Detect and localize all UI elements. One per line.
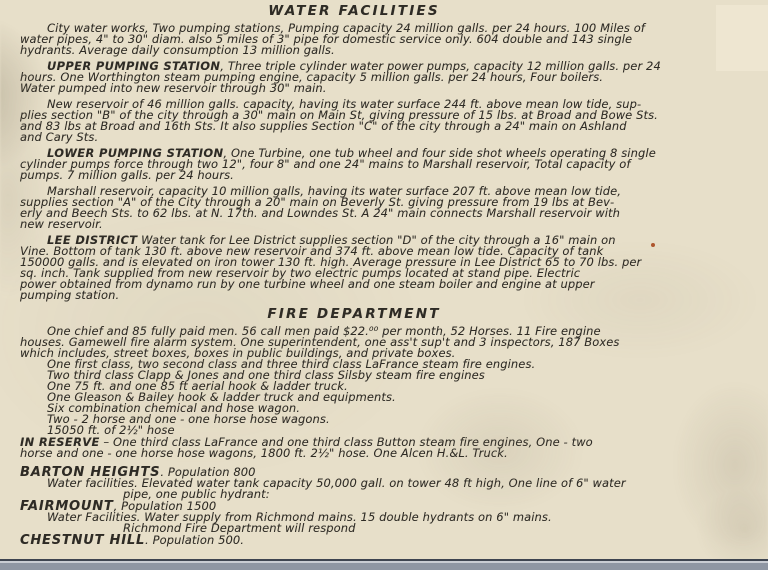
line-text: erly and Beech Sts. to 62 lbs. at N. 17t…	[20, 206, 620, 220]
line-text: and Cary Sts.	[20, 130, 98, 144]
scanned-document-page: WATER FACILITIESCity water works, Two pu…	[0, 0, 768, 570]
text-line: horse and one - one horse hose wagons, 1…	[20, 448, 768, 459]
line-text: new reservoir.	[20, 217, 103, 231]
line-text: . Population 500.	[145, 533, 244, 547]
heading-lead: CHESTNUT HILL	[20, 533, 145, 548]
text-line: power obtained from dynamo run by one tu…	[20, 279, 768, 290]
section-title: WATER FACILITIES	[20, 4, 688, 18]
text-line: erly and Beech Sts. to 62 lbs. at N. 17t…	[20, 208, 768, 219]
line-text: horse and one - one horse hose wagons, 1…	[20, 446, 508, 460]
text-line: and Cary Sts.	[20, 132, 768, 143]
section-title: FIRE DEPARTMENT	[20, 307, 688, 321]
scan-edge-band	[0, 559, 768, 570]
text-line: and 83 lbs at Broad and 16th Sts. It als…	[20, 121, 768, 132]
line-text: FIRE DEPARTMENT	[267, 306, 440, 322]
text-line: hydrants. Average daily consumption 13 m…	[20, 45, 768, 56]
line-text: hydrants. Average daily consumption 13 m…	[20, 43, 335, 57]
line-text: Water pumped into new reservoir through …	[20, 81, 327, 95]
text-line: pumping station.	[20, 290, 768, 301]
line-text: WATER FACILITIES	[268, 3, 440, 19]
text-line: CHESTNUT HILL. Population 500.	[20, 535, 768, 546]
text-line: pumps. 7 million galls. per 24 hours.	[20, 170, 768, 181]
text-line: new reservoir.	[20, 219, 768, 230]
ink-dot	[651, 243, 655, 247]
line-text: pumps. 7 million galls. per 24 hours.	[20, 168, 234, 182]
text-line: Water pumped into new reservoir through …	[20, 83, 768, 94]
line-text: pumping station.	[20, 288, 119, 302]
line-text: and 83 lbs at Broad and 16th Sts. It als…	[20, 119, 627, 133]
document-body: WATER FACILITIESCity water works, Two pu…	[20, 3, 768, 546]
